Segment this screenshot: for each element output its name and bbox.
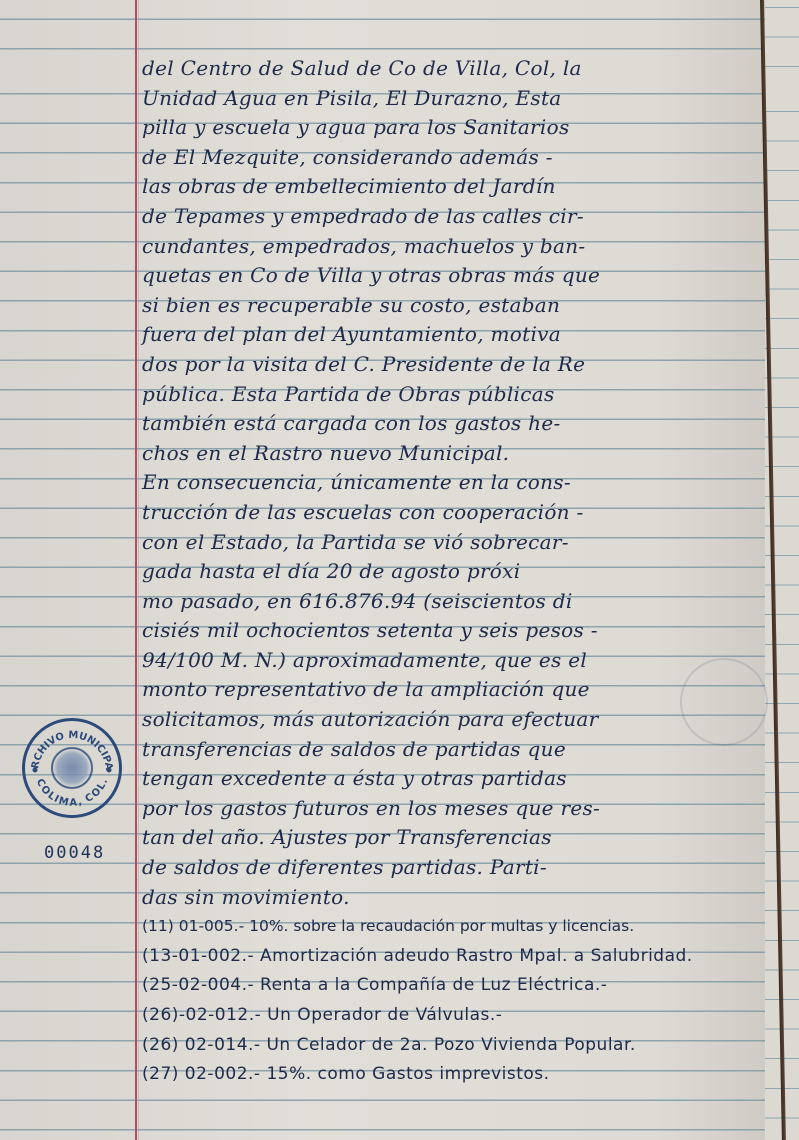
text-line: Unidad Agua en Pisila, El Durazno, Esta bbox=[142, 84, 782, 114]
text-line: también está cargada con los gastos he- bbox=[142, 409, 782, 439]
text-line: dos por la visita del C. Presidente de l… bbox=[142, 350, 782, 380]
text-line: gada hasta el día 20 de agosto próxi bbox=[142, 557, 782, 587]
budget-item: (26) 02-014.- Un Celador de 2a. Pozo Viv… bbox=[142, 1031, 782, 1061]
text-line: cundantes, empedrados, machuelos y ban- bbox=[142, 232, 782, 262]
text-line: quetas en Co de Villa y otras obras más … bbox=[142, 261, 782, 291]
text-line: las obras de embellecimiento del Jardín bbox=[142, 172, 782, 202]
text-line: pública. Esta Partida de Obras públicas bbox=[142, 380, 782, 410]
text-line: con el Estado, la Partida se vió sobreca… bbox=[142, 528, 782, 558]
star-icon bbox=[107, 768, 112, 773]
text-line: chos en el Rastro nuevo Municipal. bbox=[142, 439, 782, 469]
text-line: 94/100 M. N.) aproximadamente, que es el bbox=[142, 646, 782, 676]
text-line: de saldos de diferentes partidas. Parti- bbox=[142, 853, 782, 883]
text-line: cisiés mil ochocientos setenta y seis pe… bbox=[142, 616, 782, 646]
text-line: trucción de las escuelas con cooperación… bbox=[142, 498, 782, 528]
text-line: pilla y escuela y agua para los Sanitari… bbox=[142, 113, 782, 143]
text-line: solicitamos, más autorización para efect… bbox=[142, 705, 782, 735]
budget-item: (11) 01-005.- 10%. sobre la recaudación … bbox=[142, 912, 782, 942]
text-line: fuera del plan del Ayuntamiento, motiva bbox=[142, 320, 782, 350]
budget-item: (25-02-004.- Renta a la Compañía de Luz … bbox=[142, 971, 782, 1001]
text-line: tengan excedente a ésta y otras partidas bbox=[142, 764, 782, 794]
budget-item: (26)-02-012.- Un Operador de Válvulas.- bbox=[142, 1001, 782, 1031]
margin-guide-line bbox=[138, 0, 139, 1140]
text-line: si bien es recuperable su costo, estaban bbox=[142, 291, 782, 321]
text-line: de El Mezquite, considerando además - bbox=[142, 143, 782, 173]
seal-emblem-icon bbox=[51, 747, 93, 789]
budget-item: (13-01-002.- Amortización adeudo Rastro … bbox=[142, 942, 782, 972]
folio-number: 00048 bbox=[44, 843, 105, 863]
text-line: de Tepames y empedrado de las calles cir… bbox=[142, 202, 782, 232]
text-line: del Centro de Salud de Co de Villa, Col,… bbox=[142, 54, 782, 84]
handwritten-body: del Centro de Salud de Co de Villa, Col,… bbox=[142, 54, 782, 1090]
text-line: das sin movimiento. bbox=[142, 883, 782, 913]
text-line: por los gastos futuros en los meses que … bbox=[142, 794, 782, 824]
text-line: monto representativo de la ampliación qu… bbox=[142, 675, 782, 705]
archive-stamp: ARCHIVO MUNICIPAL COLIMA, COL. bbox=[22, 718, 122, 818]
text-line: En consecuencia, únicamente en la cons- bbox=[142, 468, 782, 498]
star-icon bbox=[33, 768, 38, 773]
red-margin-line bbox=[135, 0, 137, 1140]
text-line: transferencias de saldos de partidas que bbox=[142, 735, 782, 765]
text-line: tan del año. Ajustes por Transferencias bbox=[142, 823, 782, 853]
budget-item: (27) 02-002.- 15%. como Gastos imprevist… bbox=[142, 1060, 782, 1090]
text-line: mo pasado, en 616.876.94 (seiscientos di bbox=[142, 587, 782, 617]
